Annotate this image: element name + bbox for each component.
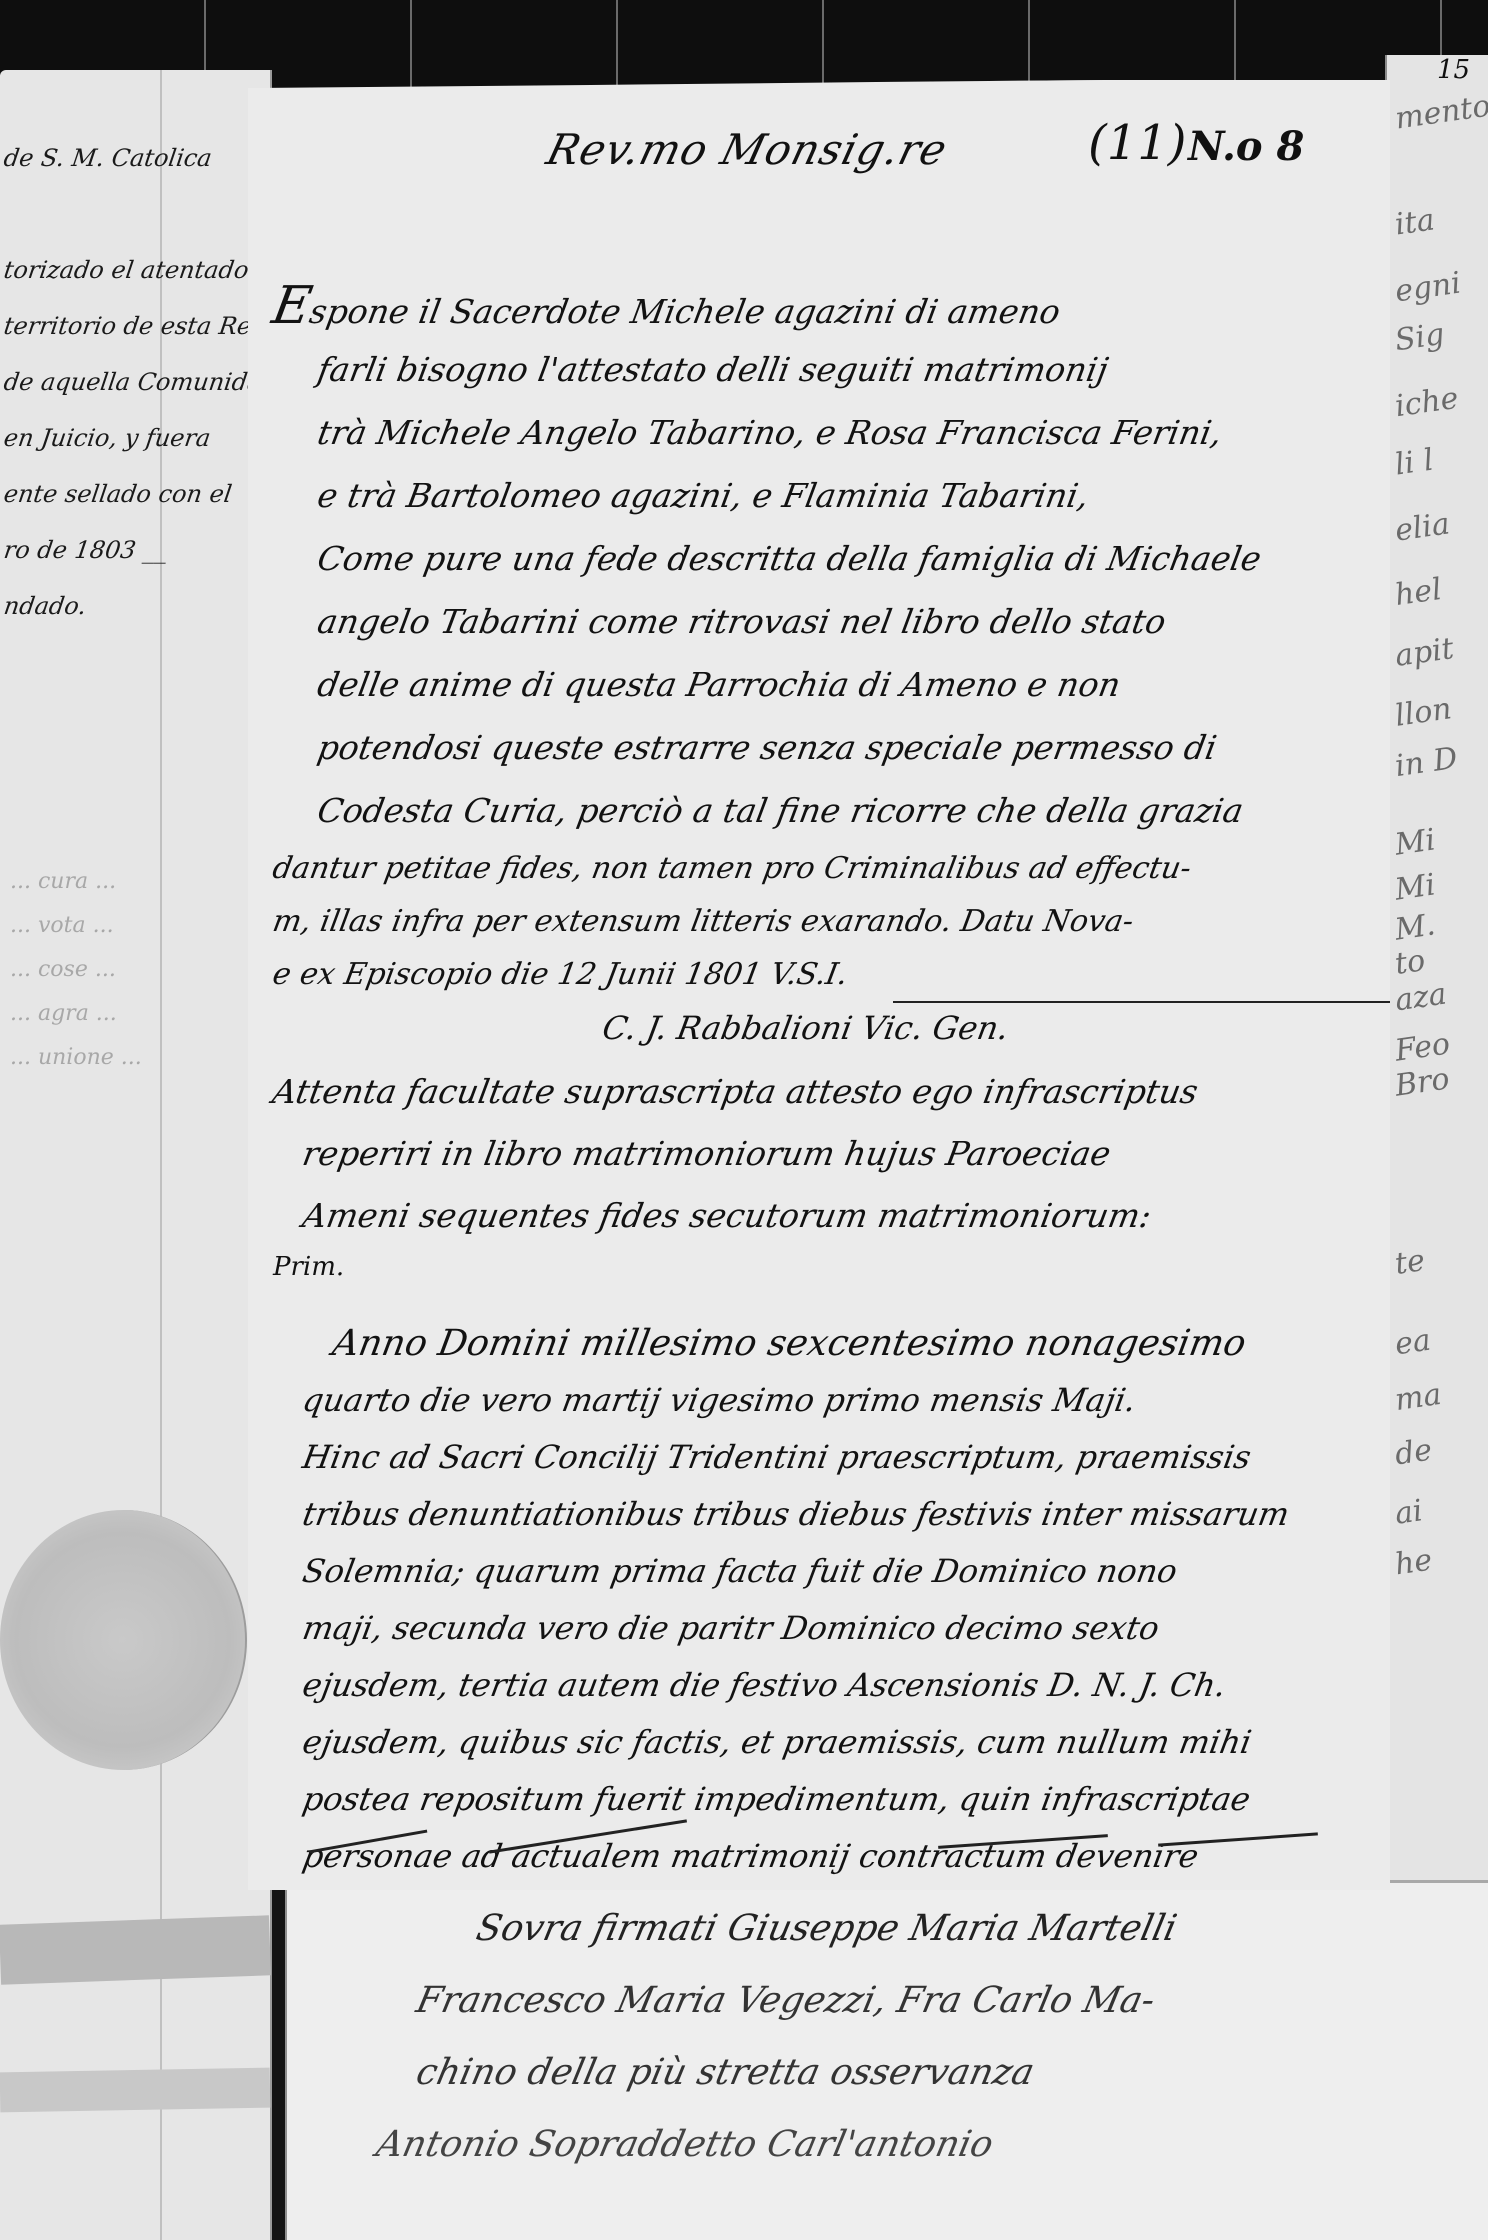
lower-line: Sovra firmati Giuseppe Maria Martelli — [369, 1893, 1488, 1965]
right-fragment: M. — [1393, 907, 1438, 947]
left-line: en Juicio, y fuera — [0, 410, 264, 466]
bleed-through-text: ... cura ... ... vota ... ... cose ... .… — [10, 860, 250, 1080]
document-header: Rev.mo Monsig.re (11) N.o 8 — [248, 115, 1390, 195]
left-line: de S. M. Catolica — [0, 130, 264, 186]
decree-line: m, illas infra per extensum litteris exa… — [268, 895, 1387, 948]
lower-line: chino della più stretta osservanza — [369, 2037, 1488, 2109]
pen-stroke — [309, 1830, 428, 1854]
right-fragment: mento — [1393, 89, 1488, 137]
record-line: Anno Domini millesimo sexcentesimo nonag… — [268, 1315, 1388, 1372]
ghost-line: ... agra ... — [10, 992, 250, 1036]
left-page-text: de S. M. Catolica torizado el atentado t… — [0, 130, 260, 634]
ghost-line: ... vota ... — [10, 904, 250, 948]
record-line: quarto die vero martij vigesimo primo me… — [268, 1372, 1388, 1429]
signature-block: C. J. Rabbalioni Vic. Gen. — [273, 1001, 1383, 1061]
left-line: ro de 1803 __ — [0, 522, 264, 578]
right-fragment: llon — [1393, 691, 1454, 734]
pen-stroke — [489, 1819, 687, 1853]
left-page: de S. M. Catolica torizado el atentado t… — [0, 70, 272, 2240]
petition-line: Codesta Curia, perciò a tal fine ricorre… — [267, 779, 1388, 842]
record-line: ejusdem, tertia autem die festivo Ascens… — [268, 1657, 1388, 1714]
petition-line: trà Michele Angelo Tabarino, e Rosa Fran… — [267, 401, 1388, 464]
lower-line: Antonio Sopraddetto Carl'antonio — [369, 2109, 1488, 2181]
right-fragment: in D — [1393, 741, 1460, 784]
right-fragment: Mi — [1393, 867, 1438, 907]
right-fragment: he — [1393, 1543, 1435, 1583]
paper-fold-shadow — [0, 1915, 271, 1984]
primo-label: Prim. — [273, 1247, 1383, 1287]
right-fragment: Mi — [1393, 822, 1438, 862]
document-body: Espone il Sacerdote Michele agazini di a… — [273, 275, 1383, 2056]
record-line: ejusdem, quibus sic factis, et praemissi… — [268, 1714, 1388, 1771]
right-fragment: ai — [1393, 1493, 1425, 1531]
right-fragment: elia — [1393, 506, 1452, 548]
record-line: Solemnia; quarum prima facta fuit die Do… — [268, 1543, 1388, 1600]
right-fragment: hel — [1393, 572, 1444, 613]
petition-line: delle anime di questa Parrochia di Ameno… — [267, 653, 1388, 716]
left-line: torizado el atentado — [0, 242, 264, 298]
document-number: N.o 8 — [1188, 123, 1304, 170]
page-number: 15 — [1437, 55, 1470, 85]
right-fragment: aza — [1393, 977, 1449, 1019]
folio-mark: (11) — [1088, 115, 1187, 171]
right-fragment: te — [1393, 1243, 1427, 1282]
attestation-line: reperiri in libro matrimoniorum hujus Pa… — [268, 1123, 1389, 1185]
right-fragment: ma — [1393, 1377, 1444, 1418]
ghost-line: ... cura ... — [10, 860, 250, 904]
right-fragment: apit — [1393, 631, 1456, 674]
left-line: territorio de esta Rep. — [0, 298, 264, 354]
left-line: de aquella Comunidad — [0, 354, 264, 410]
petition-line: e trà Bartolomeo agazini, e Flaminia Tab… — [267, 464, 1388, 527]
right-fragment: Sig — [1393, 317, 1447, 359]
right-fragment: ita — [1393, 202, 1437, 242]
decree-paragraph: dantur petitae fides, non tamen pro Crim… — [273, 842, 1383, 1061]
petition-line: farli bisogno l'attestato delli seguiti … — [267, 338, 1388, 401]
petition-line: potendosi queste estrarre senza speciale… — [267, 716, 1388, 779]
pen-stroke — [938, 1834, 1108, 1849]
right-fragment: iche — [1393, 381, 1461, 424]
petition-line: angelo Tabarini come ritrovasi nel libro… — [267, 590, 1388, 653]
wax-seal-mark — [0, 1510, 247, 1770]
lower-sheet-text: Sovra firmati Giuseppe Maria Martelli Fr… — [377, 1893, 1487, 2181]
manuscript-sheet: Rev.mo Monsig.re (11) N.o 8 Espone il Sa… — [248, 80, 1390, 1890]
petition-line: Espone il Sacerdote Michele agazini di a… — [267, 275, 1388, 338]
petition-paragraph: Espone il Sacerdote Michele agazini di a… — [273, 275, 1383, 842]
record-line: maji, secunda vero die paritr Dominico d… — [268, 1600, 1388, 1657]
petition-line: Come pure una fede descritta della famig… — [267, 527, 1388, 590]
vicar-signature: C. J. Rabbalioni Vic. Gen. — [600, 1009, 1012, 1047]
right-fragment: egni — [1393, 266, 1463, 310]
left-line — [0, 186, 264, 242]
ghost-line: ... unione ... — [10, 1036, 250, 1080]
signature-rule — [893, 1001, 1393, 1003]
lower-line: Francesco Maria Vegezzi, Fra Carlo Ma- — [369, 1965, 1488, 2037]
lower-sheet: Sovra firmati Giuseppe Maria Martelli Fr… — [285, 1880, 1488, 2240]
decree-line: e ex Episcopio die 12 Junii 1801 V.S.I. — [268, 948, 1387, 1001]
salutation: Rev.mo Monsig.re — [542, 125, 953, 174]
pen-strokes — [308, 1810, 1388, 1850]
right-fragment: de — [1393, 1433, 1434, 1473]
ghost-line: ... cose ... — [10, 948, 250, 992]
left-line: ente sellado con el — [0, 466, 264, 522]
paper-fold-shadow — [0, 2068, 270, 2113]
left-line: ndado. — [0, 578, 264, 634]
right-fragment: ea — [1393, 1323, 1433, 1363]
attestation-line: Attenta facultate suprascripta attesto e… — [268, 1061, 1389, 1123]
attestation-paragraph: Attenta facultate suprascripta attesto e… — [273, 1061, 1383, 1287]
attestation-line: Ameni sequentes fides secutorum matrimon… — [268, 1185, 1389, 1247]
record-line: Hinc ad Sacri Concilij Tridentini praesc… — [268, 1429, 1388, 1486]
record-line: tribus denuntiationibus tribus diebus fe… — [268, 1486, 1388, 1543]
decree-line: dantur petitae fides, non tamen pro Crim… — [268, 842, 1387, 895]
right-fragment: Bro — [1393, 1061, 1452, 1103]
right-fragment: li l — [1393, 443, 1436, 483]
right-fragment: to — [1393, 943, 1428, 982]
pen-stroke — [1158, 1832, 1318, 1846]
